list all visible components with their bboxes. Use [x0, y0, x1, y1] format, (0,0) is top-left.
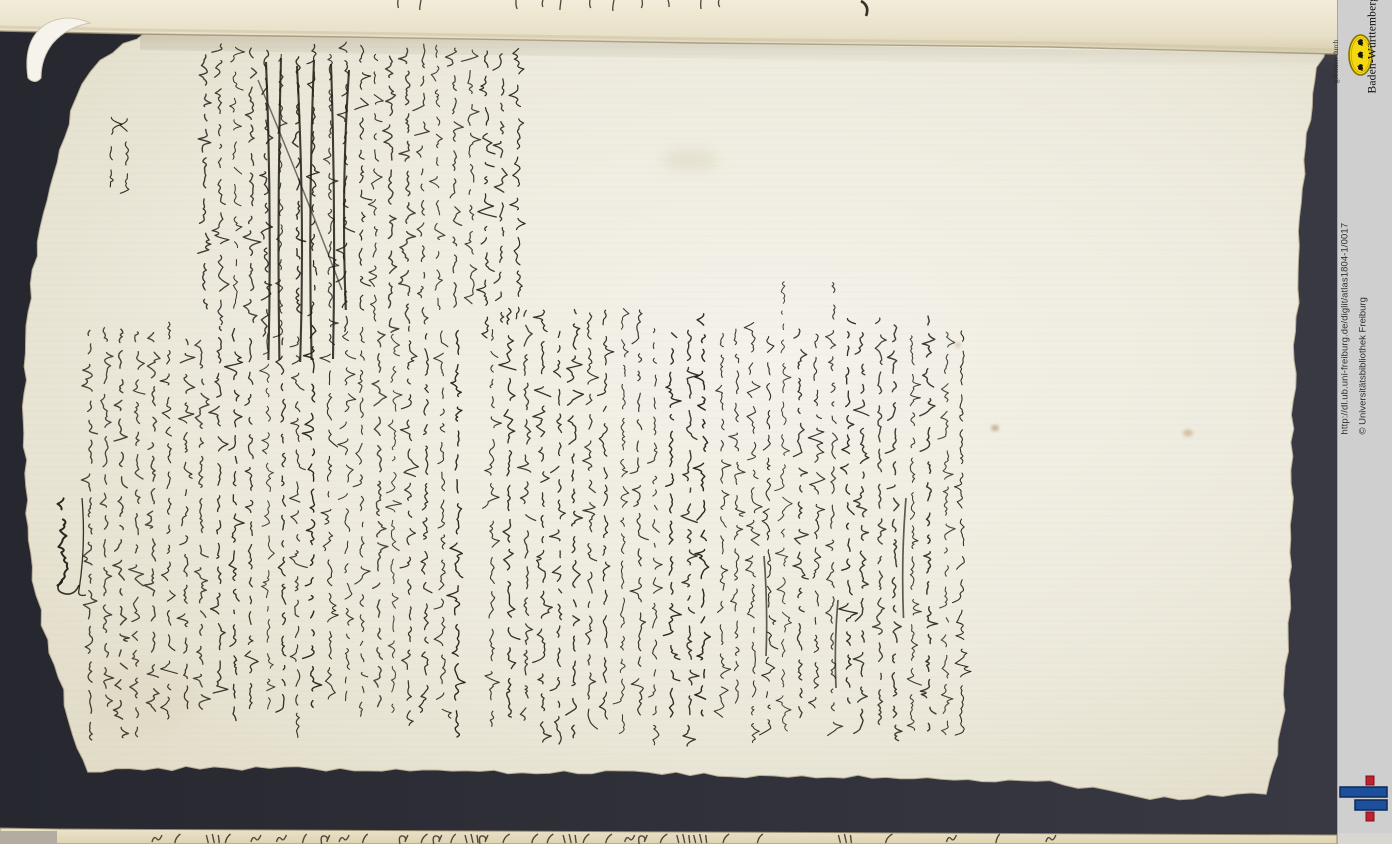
digitized-manuscript-scan: gefördert durch Baden-Württemberg http:/… [0, 0, 1392, 844]
fox-spot [1183, 430, 1193, 437]
logo-red-square-bottom [1366, 812, 1374, 821]
sidebar-lower-band [1338, 833, 1392, 844]
smudge [82, 664, 198, 736]
source-url: http://dl.ub.uni-freiburg.de/diglit/atla… [1341, 223, 1351, 435]
logo-red-square-top [1366, 776, 1374, 785]
funding-region-label: Baden-Württemberg [1368, 0, 1380, 94]
scan-sidebar: gefördert durch Baden-Württemberg http:/… [1337, 0, 1392, 844]
logo-blue-bar-long [1340, 787, 1387, 797]
edge-ink-mark [398, 0, 399, 8]
fox-spot [991, 425, 999, 431]
copyright-label: © Universitätsbibliothek Freiburg [1359, 297, 1369, 434]
manuscript-photo [0, 0, 1392, 844]
logo-blue-bar-short [1355, 800, 1387, 810]
gutter-shadow [0, 831, 57, 844]
edge-ink-mark [542, 0, 543, 7]
fox-spot [955, 343, 961, 348]
smudge [662, 149, 718, 171]
funding-label: gefördert durch [1333, 40, 1340, 83]
ub-freiburg-logo [1339, 772, 1392, 826]
